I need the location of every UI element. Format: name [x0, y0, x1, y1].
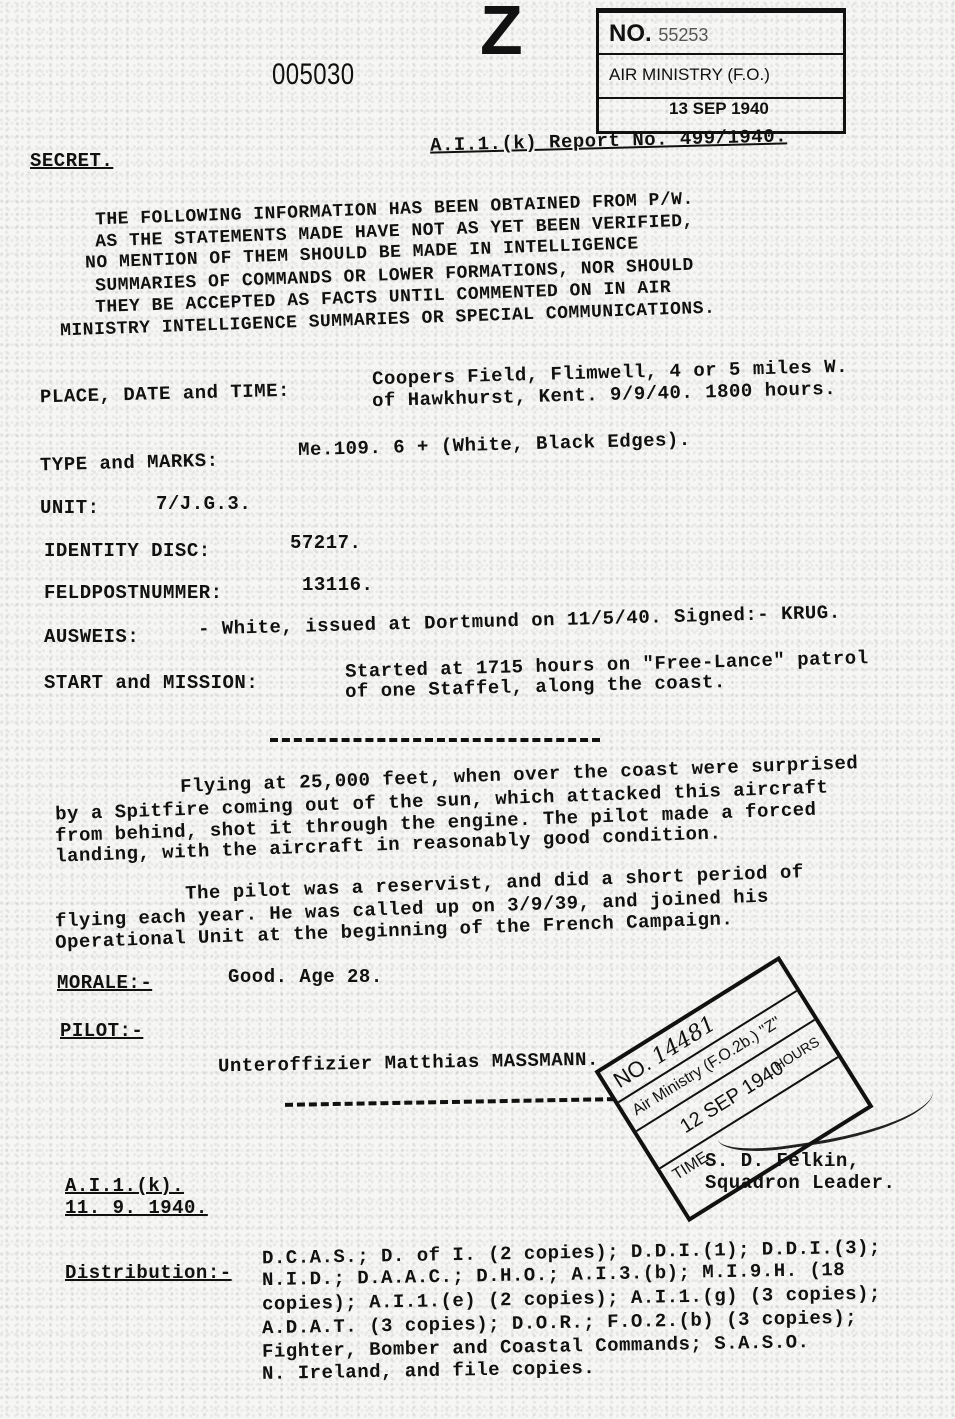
- stamp-ministry: AIR MINISTRY (F.O.): [599, 55, 843, 99]
- stamp-no-label: NO.: [609, 20, 652, 47]
- footer-office: A.I.1.(k).: [65, 1175, 184, 1197]
- distribution-line: N. Ireland, and file copies.: [262, 1357, 596, 1385]
- morale-label: MORALE:-: [57, 972, 152, 994]
- ausweis-label: AUSWEIS:: [44, 626, 139, 648]
- serial-number: 005030: [272, 58, 354, 92]
- ausweis-value: - White, issued at Dortmund on 11/5/40. …: [198, 602, 841, 641]
- divider: [270, 738, 600, 742]
- stamp-no-value: 55253: [658, 25, 708, 45]
- start-label: START and MISSION:: [44, 672, 258, 694]
- identity-label: IDENTITY DISC:: [44, 540, 211, 562]
- air-ministry-stamp-top: NO. 55253 AIR MINISTRY (F.O.) 13 SEP 194…: [596, 8, 846, 134]
- classification: SECRET.: [30, 150, 113, 172]
- identity-value: 57217.: [290, 532, 361, 554]
- pilot-value: Unteroffizier Matthias MASSMANN.: [218, 1049, 599, 1078]
- unit-value: 7/J.G.3.: [156, 493, 251, 515]
- pilot-label: PILOT:-: [60, 1020, 143, 1042]
- distribution-label: Distribution:-: [65, 1262, 232, 1284]
- type-value: Me.109. 6 + (White, Black Edges).: [298, 429, 691, 461]
- feldpost-label: FELDPOSTNUMMER:: [44, 582, 223, 604]
- place-label: PLACE, DATE and TIME:: [40, 380, 290, 409]
- type-label: TYPE and MARKS:: [40, 450, 219, 477]
- stamp-date: 13 SEP 1940: [599, 99, 843, 119]
- morale-value: Good. Age 28.: [228, 966, 383, 988]
- divider: [285, 1097, 615, 1107]
- feldpost-value: 13116.: [302, 574, 373, 596]
- report-title: A.I.1.(k) Report No. 499/1940.: [430, 125, 788, 156]
- footer-date: 11. 9. 1940.: [65, 1197, 208, 1219]
- unit-label: UNIT:: [40, 497, 100, 519]
- document-page: Z 005030 NO. 55253 AIR MINISTRY (F.O.) 1…: [0, 0, 955, 1419]
- z-mark: Z: [480, 0, 523, 70]
